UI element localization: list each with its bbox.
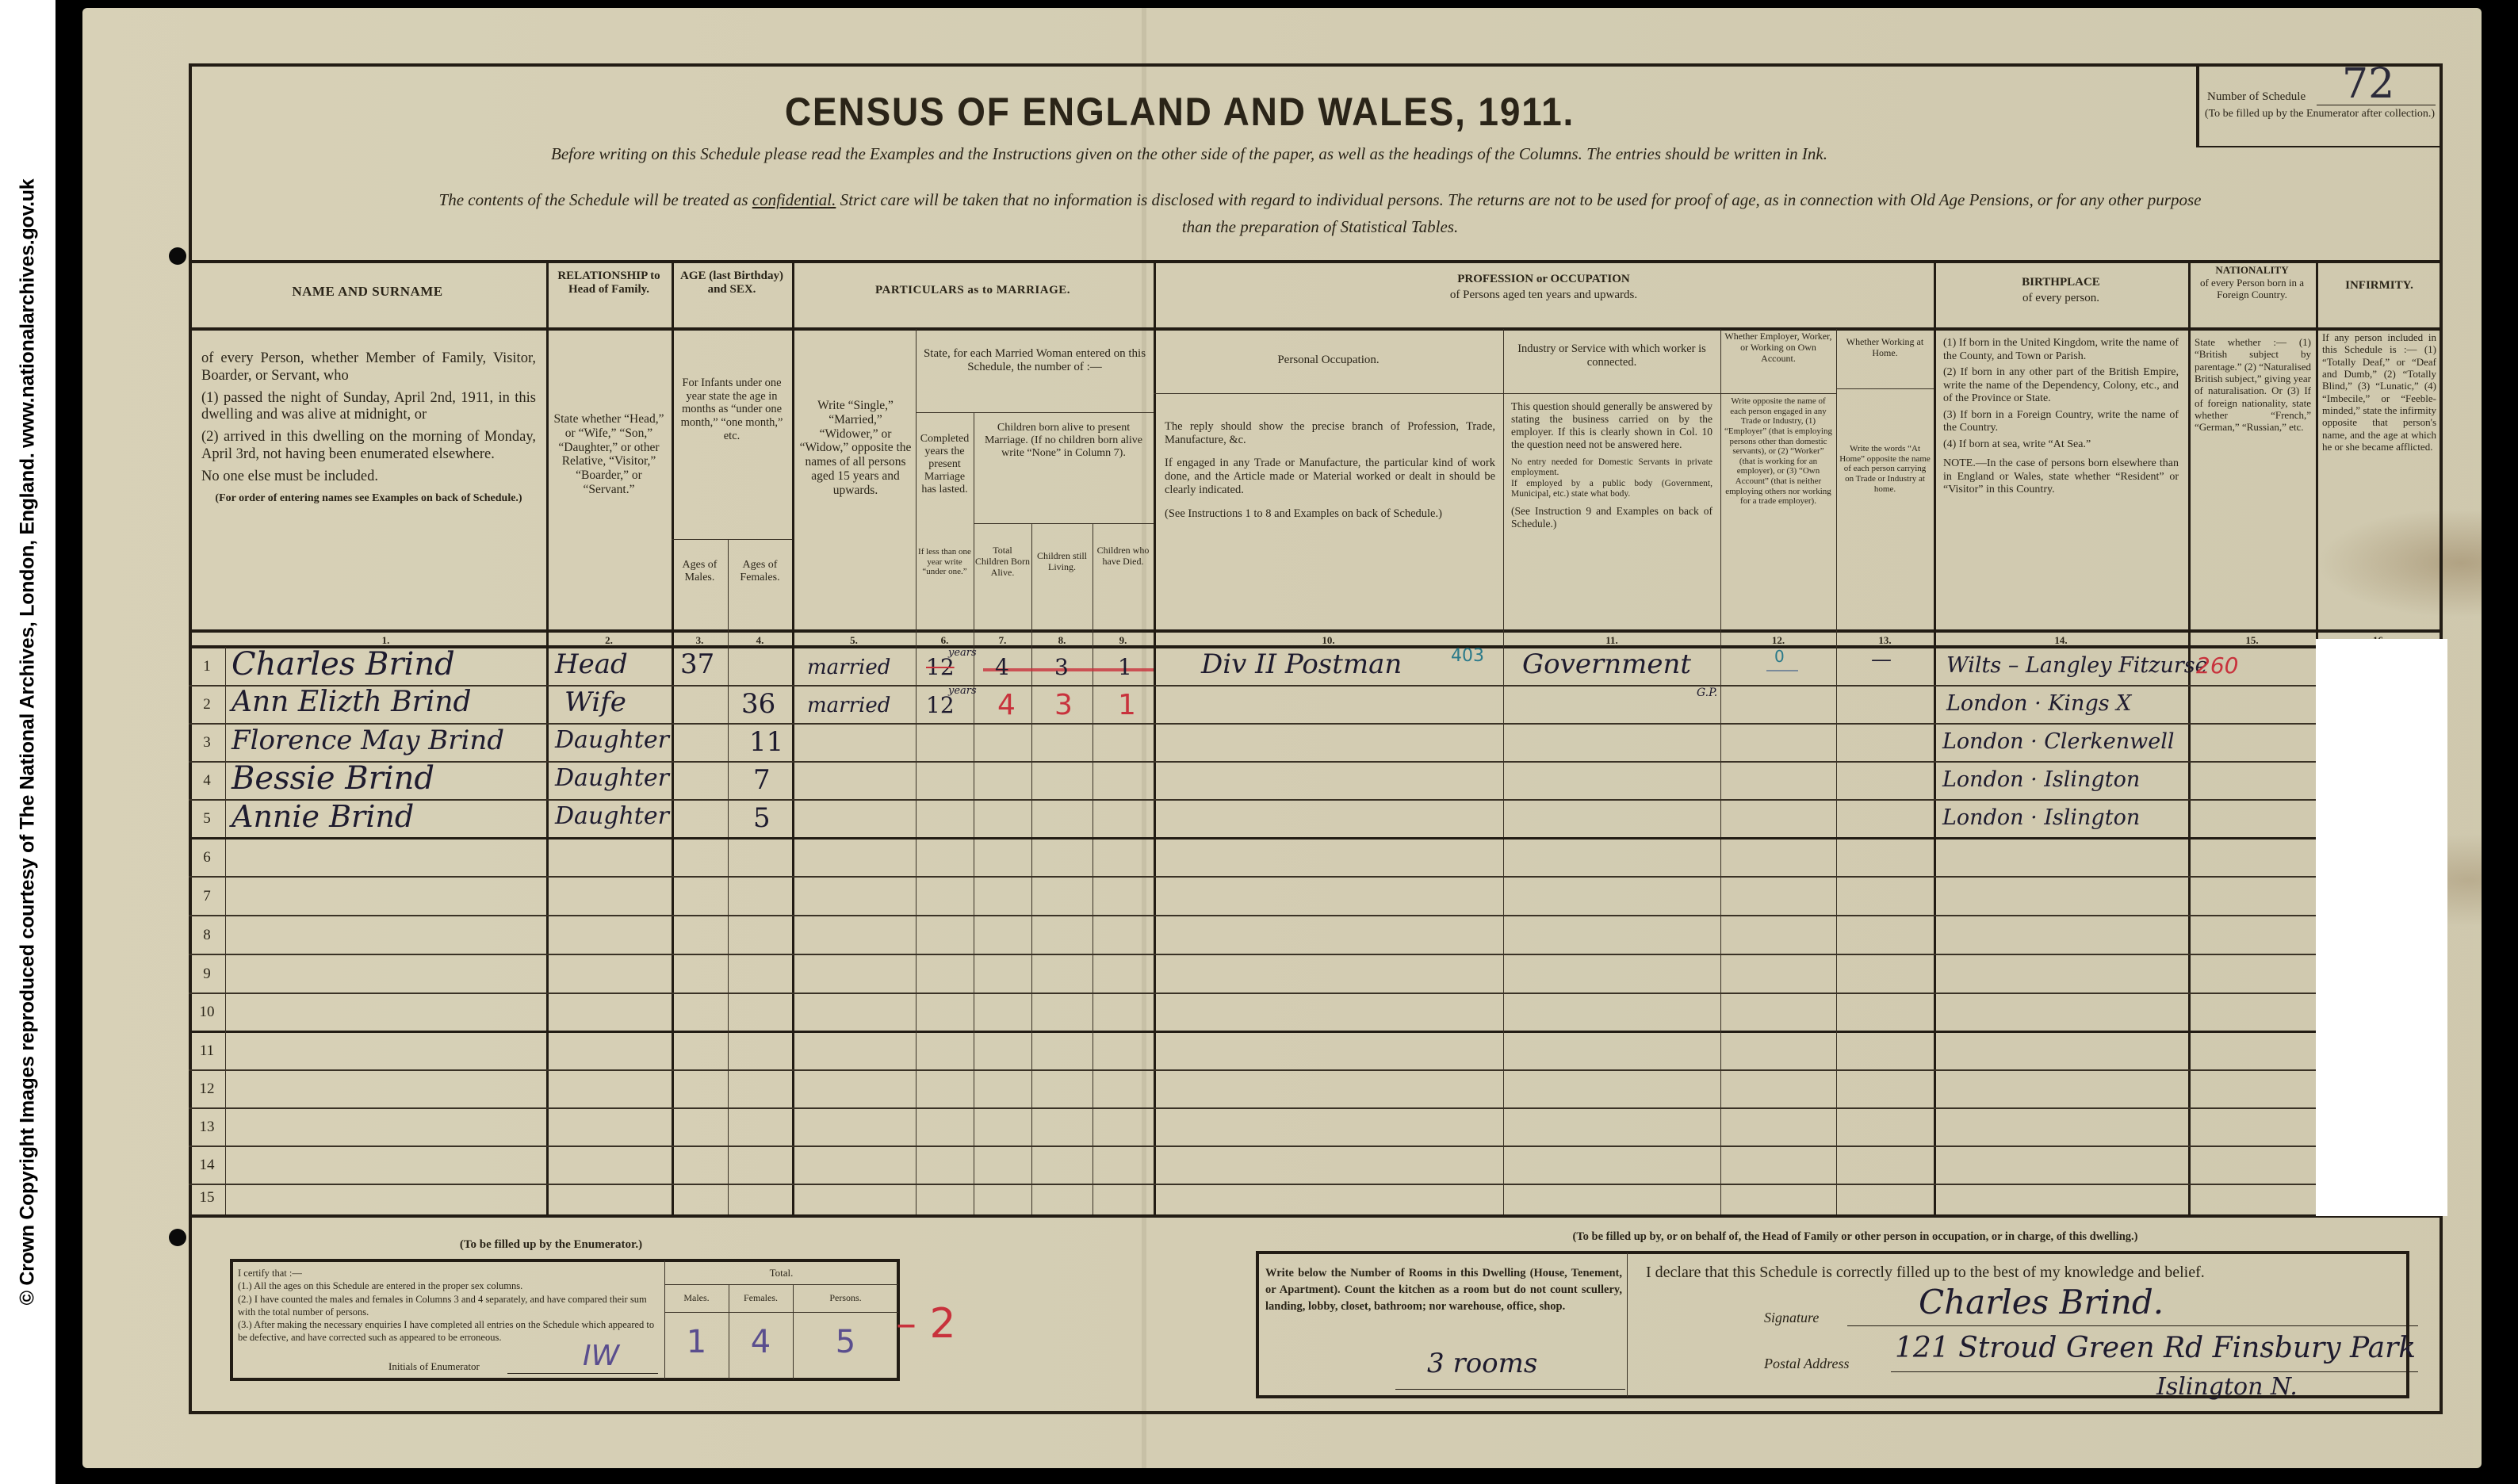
row-number: 2 — [189, 696, 225, 713]
person-relationship: Head — [555, 645, 628, 683]
address-label: Postal Address — [1764, 1356, 1850, 1372]
row-number: 12 — [189, 1080, 225, 1098]
at-home: — — [1871, 641, 1892, 679]
header-occupation-sub: of Persons aged ten years and upwards. — [1154, 289, 1934, 302]
row-number: 3 — [189, 734, 225, 752]
col-line — [225, 647, 226, 1214]
header-birthplace-body: (1) If born in the United Kingdom, write… — [1940, 337, 2182, 497]
header-col10: Personal Occupation. — [1154, 354, 1503, 367]
row-line — [189, 954, 2316, 955]
header-relationship: RELATIONSHIP to Head of Family. — [546, 270, 672, 297]
initials-label: Initials of Enumerator — [388, 1360, 480, 1373]
signature-line — [1847, 1325, 2418, 1326]
col-line — [974, 412, 974, 1214]
header-col9: Children who have Died. — [1093, 545, 1154, 568]
page-title: CENSUS OF ENGLAND AND WALES, 1911. — [268, 89, 2091, 135]
employer-dash — [1766, 670, 1798, 671]
row-number: 1 — [189, 658, 225, 675]
row-line — [189, 1146, 2316, 1147]
marriage-subdivider — [916, 412, 1154, 413]
person-relationship: Wife — [564, 683, 626, 721]
row-number: 6 — [189, 849, 225, 866]
red-annotation: – 2 — [896, 1300, 956, 1348]
schedule-number-box: Number of Schedule 72 (To be filled up b… — [2196, 63, 2443, 147]
person-name: Annie Brind — [232, 797, 414, 836]
row-number: 5 — [189, 810, 225, 828]
females-total: 4 — [729, 1324, 793, 1360]
persons-total: 5 — [793, 1324, 898, 1360]
punch-hole — [169, 1229, 186, 1246]
header-col13-body: Write the words “At Home” opposite the n… — [1836, 444, 1934, 494]
column-number: 5. — [792, 634, 916, 647]
header-col11: Industry or Service with which worker is… — [1503, 342, 1720, 369]
confidential-notice: The contents of the Schedule will be tre… — [198, 190, 2442, 210]
children-born-alive: 4 — [995, 648, 1009, 687]
signature-value: Charles Brind. — [1919, 1283, 2164, 1321]
row-number: 11 — [189, 1042, 225, 1060]
header-nationality-sub: of every Person born in a Foreign Countr… — [2188, 277, 2316, 301]
header-name-body: of every Person, whether Member of Famil… — [198, 350, 539, 505]
row-line — [189, 915, 2316, 916]
persons-label: Persons. — [793, 1292, 898, 1304]
col-line — [792, 262, 794, 1214]
header-children: Children born alive to present Marriage.… — [974, 422, 1154, 460]
age-male: 37 — [680, 645, 714, 683]
header-col10-body: The reply should show the precise branch… — [1161, 420, 1498, 521]
schedule-number-note: (To be filled up by the Enumerator after… — [2204, 108, 2436, 120]
column-number: 14. — [1934, 634, 2188, 647]
row-line — [189, 1069, 2316, 1071]
col-line — [1934, 262, 1936, 1214]
row-line — [189, 876, 2316, 878]
column-number: 15. — [2188, 634, 2316, 647]
column-number: 9. — [1093, 634, 1154, 647]
column-number: 4. — [728, 634, 792, 647]
col-line — [1627, 1253, 1628, 1397]
enumerator-certification: I certify that :— (1.) All the ages on t… — [238, 1267, 658, 1344]
header-birthplace: BIRTHPLACE — [1934, 276, 2188, 289]
header-name: NAME AND SURNAME — [189, 284, 546, 300]
marital-status: married — [807, 687, 890, 725]
header-col7: Total Children Born Alive. — [974, 545, 1031, 578]
header-col12-body: Write opposite the name of each person e… — [1720, 396, 1836, 507]
header-nationality: NATIONALITY — [2188, 265, 2316, 277]
col-line — [1503, 329, 1504, 1214]
header-infirmity-body: If any person included in this Schedule … — [2319, 331, 2440, 453]
athome-subdivider — [1836, 388, 1934, 389]
col-line — [546, 262, 549, 1214]
marital-status: married — [807, 648, 890, 687]
copyright-notice: © Crown Copyright Images reproduced cour… — [17, 179, 40, 1306]
row-number: 13 — [189, 1119, 225, 1136]
total-label: Total. — [664, 1267, 898, 1279]
header-col6: Completed years the present Marriage has… — [916, 433, 974, 496]
row-number: 14 — [189, 1157, 225, 1174]
nationality-code: 260 — [2196, 647, 2238, 685]
schedule-number-label: Number of Schedule — [2207, 90, 2306, 104]
age-female: 36 — [741, 685, 775, 723]
head-of-family-heading: (To be filled up by, or on behalf of, th… — [1269, 1230, 2442, 1244]
person-name: Charles Brind — [232, 645, 455, 683]
rows-bottom-rule — [189, 1214, 2443, 1218]
birthplace: London · Clerkenwell — [1942, 723, 2175, 761]
years-unit: years — [948, 634, 977, 672]
header-col5: Write “Single,” “Married,” “Widower,” or… — [795, 399, 916, 498]
row-line — [189, 993, 2316, 994]
row-number: 4 — [189, 772, 225, 790]
column-number: 8. — [1031, 634, 1093, 647]
header-birthplace-sub: of every person. — [1934, 292, 2188, 305]
schedule-number-value: 72 — [2342, 60, 2394, 108]
header-col6-note: If less than one year write “under one.” — [916, 547, 974, 577]
row-line — [664, 1312, 898, 1313]
occupation-subdivider — [1154, 393, 1836, 394]
rooms-line — [1395, 1389, 1625, 1390]
birthplace: London · Islington — [1942, 799, 2140, 837]
children-living: 3 — [1054, 648, 1069, 687]
col-line — [1031, 523, 1032, 1214]
address-line — [1891, 1371, 2418, 1372]
occupation: Div II Postman — [1201, 645, 1402, 683]
header-married-woman: State, for each Married Woman entered on… — [916, 347, 1154, 375]
initials-value: IW — [583, 1340, 619, 1372]
col-line — [1093, 523, 1093, 1214]
col-line — [1154, 262, 1156, 1214]
children-died: 1 — [1118, 648, 1132, 687]
person-name: Ann Elizth Brind — [232, 683, 472, 721]
column-number: 7. — [974, 634, 1031, 647]
row-number: 7 — [189, 888, 225, 905]
header-col13: Whether Working at Home. — [1836, 337, 1934, 359]
rooms-instructions: Write below the Number of Rooms in this … — [1265, 1265, 1622, 1315]
person-name: Bessie Brind — [232, 759, 434, 797]
row-number: 9 — [189, 966, 225, 983]
males-label: Males. — [664, 1292, 729, 1304]
col-line — [2188, 262, 2191, 1214]
children-subdivider — [974, 523, 1154, 524]
header-divider — [189, 327, 2443, 331]
header-col11-body: This question should generally be answer… — [1508, 400, 1716, 530]
address-line2: Islington N. — [2156, 1373, 2298, 1401]
declaration: I declare that this Schedule is correctl… — [1646, 1264, 2205, 1282]
header-age-females: Ages of Females. — [728, 559, 792, 584]
row-number: 15 — [189, 1189, 225, 1207]
redaction-box — [2316, 639, 2447, 1216]
header-age-males: Ages of Males. — [672, 559, 728, 584]
person-name: Florence May Brind — [232, 721, 504, 759]
header-age-body: For Infants under one year state the age… — [672, 377, 792, 442]
header-occupation: PROFESSION or OCCUPATION — [1154, 273, 1934, 286]
header-nationality-body: State whether :— (1) “British subject by… — [2191, 336, 2314, 434]
females-label: Females. — [729, 1292, 793, 1304]
row-line — [189, 1184, 2316, 1185]
industry-mark: G.P. — [1697, 674, 1717, 712]
confidential-word: confidential. — [752, 190, 836, 209]
header-relationship-body: State whether “Head,” or “Wife,” “Son,” … — [546, 412, 672, 497]
children-born-alive: 4 — [997, 687, 1016, 725]
row-line — [189, 837, 2316, 840]
header-col12: Whether Employer, Worker, or Working on … — [1720, 331, 1836, 364]
occupation-code: 403 — [1451, 637, 1484, 675]
row-line — [664, 1284, 898, 1285]
header-infirmity: INFIRMITY. — [2316, 279, 2443, 293]
table-top-rule — [189, 260, 2443, 263]
punch-hole — [169, 247, 186, 265]
birthplace: London · Kings X — [1946, 685, 2131, 723]
children-died: 1 — [1118, 687, 1136, 725]
years-unit: years — [948, 672, 977, 710]
row-number: 8 — [189, 927, 225, 944]
address-line1: 121 Stroud Green Rd Finsbury Park — [1895, 1332, 2416, 1364]
header-bottom-rule — [189, 629, 2443, 633]
children-living: 3 — [1054, 687, 1073, 725]
person-relationship: Daughter — [555, 759, 669, 797]
males-total: 1 — [664, 1324, 729, 1360]
age-female: 11 — [749, 723, 783, 761]
signature-label: Signature — [1764, 1310, 1819, 1326]
header-marriage: PARTICULARS as to MARRIAGE. — [792, 284, 1154, 297]
birthplace: London · Islington — [1942, 761, 2140, 799]
industry: Government — [1522, 645, 1691, 683]
header-col8: Children still Living. — [1031, 551, 1093, 573]
header-age: AGE (last Birthday) and SEX. — [672, 270, 792, 297]
age-female: 7 — [753, 761, 771, 799]
row-number: 10 — [189, 1004, 225, 1021]
age-subdivider — [672, 539, 792, 540]
rooms-value: 3 rooms — [1427, 1348, 1537, 1379]
person-relationship: Daughter — [555, 721, 669, 759]
person-relationship: Daughter — [555, 797, 669, 836]
copyright-strip: © Crown Copyright Images reproduced cour… — [0, 0, 55, 1484]
row10-rule — [189, 1031, 2316, 1033]
initials-line — [507, 1373, 658, 1374]
instruction-line: Before writing on this Schedule please r… — [198, 144, 2180, 164]
row-line — [189, 1107, 2316, 1109]
age-female: 5 — [753, 799, 771, 837]
confidential-notice-line2: than the preparation of Statistical Tabl… — [198, 217, 2442, 237]
birthplace: Wilts – Langley Fitzurse — [1946, 647, 2208, 685]
enumerator-heading: (To be filled up by the Enumerator.) — [206, 1238, 896, 1252]
